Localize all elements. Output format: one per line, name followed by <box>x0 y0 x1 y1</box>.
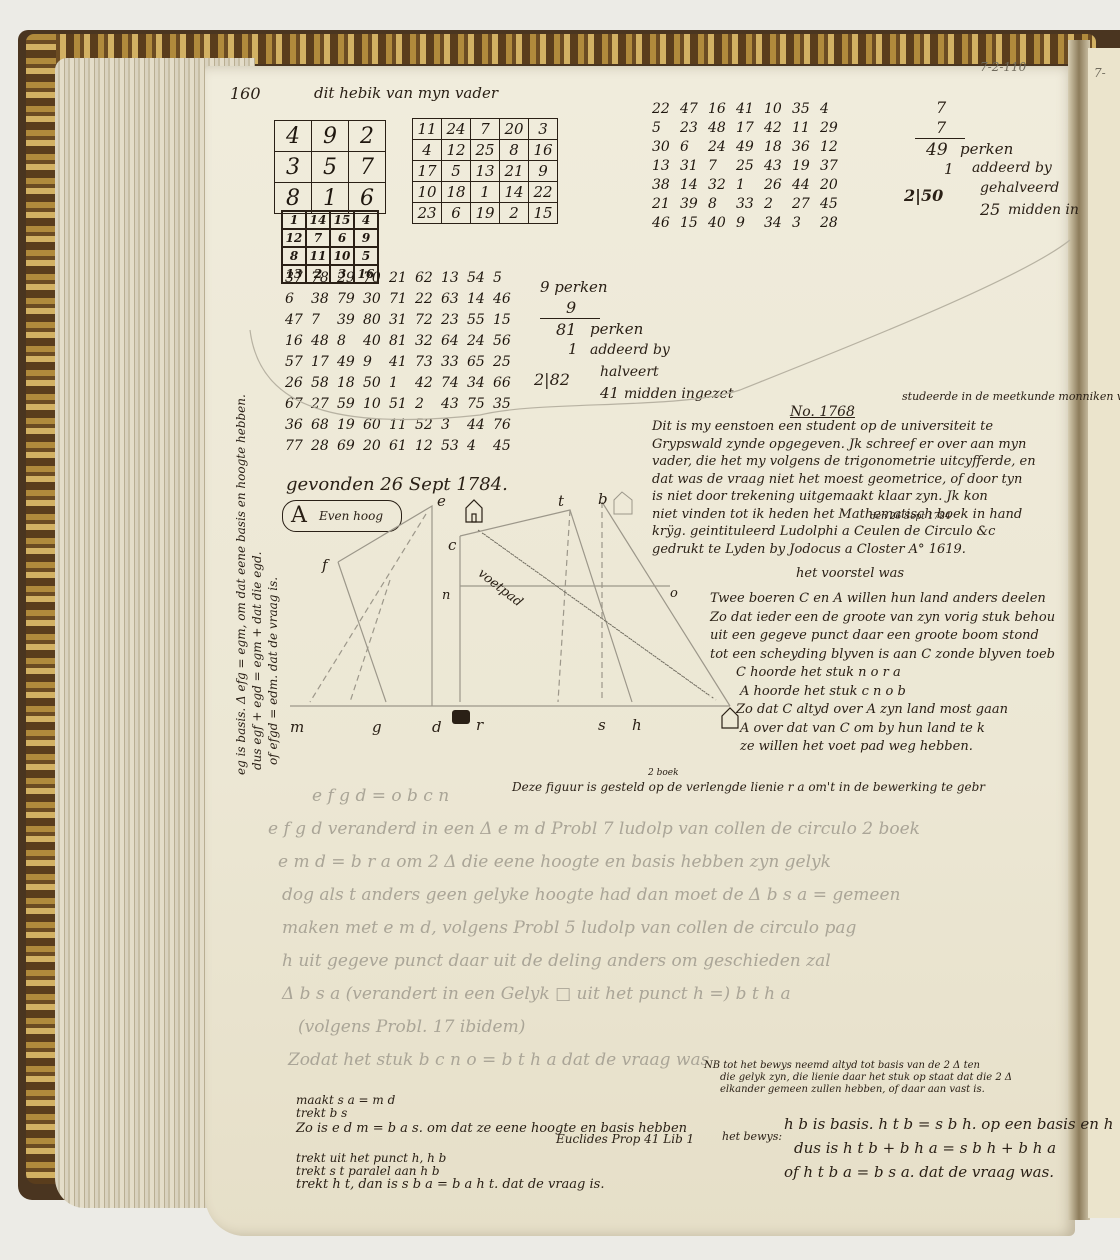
story-line: krÿg. geintituleerd Ludolphi a Ceulen de… <box>652 523 1036 541</box>
point-c: c <box>448 536 456 554</box>
story-line: Dit is my eenstoen een student op de uni… <box>652 418 1036 436</box>
point-h: h <box>632 716 642 734</box>
calc7-add-label: addeerd by <box>972 160 1052 176</box>
nb-line: die gelyk zyn, die lienie daar het stuk … <box>704 1072 1012 1084</box>
problem-line: Twee boeren C en A willen hun land ander… <box>710 590 1055 609</box>
problem-line: A hoorde het stuk c n o b <box>710 683 1055 702</box>
construction-line: trekt b s <box>296 1107 687 1120</box>
facing-page-edge <box>1088 48 1120 1218</box>
pencil-line: h uit gegeve punct daar uit de deling an… <box>268 945 920 978</box>
point-m: m <box>290 718 304 736</box>
problem-line: tot een scheyding blyven is aan C zonde … <box>710 646 1055 665</box>
calc7-add: 1 <box>944 160 954 178</box>
problem-line: Zo dat ieder een de groote van zyn vorig… <box>710 609 1055 628</box>
problem-line: Zo dat C altyd over A zyn land most gaan <box>710 701 1055 720</box>
problem-line: ze willen het voet pad weg hebben. <box>710 738 1055 757</box>
calc7-rule <box>915 138 965 139</box>
pencil-line: e f g d veranderd in een Δ e m d Probl 7… <box>268 813 920 846</box>
nb-line: elkander gemeen zullen hebben, of daar a… <box>704 1084 1012 1096</box>
calc7-divide-label: gehalveerd <box>980 180 1059 196</box>
point-b: b <box>598 490 608 508</box>
story-line: Grypswald zynde opgegeven. Jk schreef er… <box>652 436 1036 454</box>
marginal-note: studeerde in de meetkunde monniken van N… <box>902 390 1120 403</box>
point-o: o <box>670 586 678 601</box>
story-text: Dit is my eenstoen een student op de uni… <box>652 418 1036 558</box>
calc7-product: 49 <box>926 140 948 160</box>
catalog-number: 7-2-110 <box>980 60 1026 74</box>
point-f: f <box>322 556 328 574</box>
pencil-line: dog als t anders geen gelyke hoogte had … <box>268 879 920 912</box>
point-g: g <box>372 718 382 736</box>
story-line: niet vinden tot ik heden het Mathematisc… <box>652 506 1036 524</box>
problem-line: A over dat van C om by hun land te k <box>710 720 1055 739</box>
magic-square-5x5: 11247203 41225816 17513219 101811422 236… <box>412 118 558 224</box>
point-s: s <box>598 716 606 734</box>
point-r: r <box>476 716 483 734</box>
point-n: n <box>442 588 450 603</box>
margin-note-1: eg is basis. Δ efg = egm, om dat eene ba… <box>234 394 248 775</box>
pencil-line: e f g d = o b c n <box>268 780 920 813</box>
point-t: t <box>558 492 564 510</box>
story-line: gedrukt te Lyden by Jodocus a Closter A°… <box>652 541 1036 559</box>
proof-text: h b is basis. h t b = s b h. op een basi… <box>784 1112 1113 1184</box>
story-line: is niet door trekening uitgemaakt klaar … <box>652 488 1036 506</box>
calc7-product-label: perken <box>960 140 1013 158</box>
problem-line: uit een gegeve punct daar een groote boo… <box>710 627 1055 646</box>
pencil-line: maken met e m d, volgens Probl 5 ludolp … <box>268 912 920 945</box>
calc7-factor-a: 7 <box>936 98 946 117</box>
construction-line: trekt h t, dan is s b a = b a h t. dat d… <box>296 1178 687 1191</box>
proof-line: h b is basis. h t b = s b h. op een basi… <box>784 1112 1113 1136</box>
nb-note: NB tot het bewys neemd altyd tot basis v… <box>704 1060 1012 1096</box>
construction-line: maakt s a = m d <box>296 1094 687 1107</box>
gilt-border-left <box>26 34 56 1184</box>
calc7-division: 2|50 <box>904 186 943 205</box>
proof-line: dus is h t b + b h a = s b h + b h a <box>784 1136 1113 1160</box>
facing-catalog-number: 7- <box>1094 66 1106 80</box>
page-number: 160 <box>230 84 261 103</box>
figure-note-sup: 2 boek <box>648 768 679 778</box>
proof-label: het bewys: <box>722 1130 782 1143</box>
problem-text: Twee boeren C en A willen hun land ander… <box>710 590 1055 757</box>
story-line: dat was de vraag niet het moest geometri… <box>652 471 1036 489</box>
pencil-line: Δ b s a (verandert in een Gelyk □ uit he… <box>268 978 920 1011</box>
proof-line: of h t b a = b s a. dat de vraag was. <box>784 1160 1113 1184</box>
euclid-citation: Euclides Prop 41 Lib 1 <box>556 1132 694 1146</box>
nb-line: NB tot het bewys neemd altyd tot basis v… <box>704 1060 1012 1072</box>
story-subtitle: het voorstel was <box>796 566 904 581</box>
inline-date: den 26 Sept 1784 <box>870 512 951 522</box>
pencil-line: (volgens Probl. 17 ibidem) <box>268 1011 920 1044</box>
calc7-factor-b: 7 <box>936 118 946 137</box>
header-note: dit hebik van myn vader <box>314 84 498 102</box>
story-line: vader, die het my volgens de trigonometr… <box>652 453 1036 471</box>
magic-square-3x3: 492 357 816 <box>274 120 386 214</box>
problem-line: C hoorde het stuk n o r a <box>710 664 1055 683</box>
pencil-line: e m d = b r a om 2 Δ die eene hoogte en … <box>268 846 920 879</box>
point-e: e <box>437 492 446 510</box>
point-d: d <box>432 718 442 736</box>
pencil-solution: e f g d = o b c n e f g d veranderd in e… <box>268 780 920 1077</box>
margin-note-2: dus egf + egd = egm + dat die egd. <box>250 552 264 770</box>
